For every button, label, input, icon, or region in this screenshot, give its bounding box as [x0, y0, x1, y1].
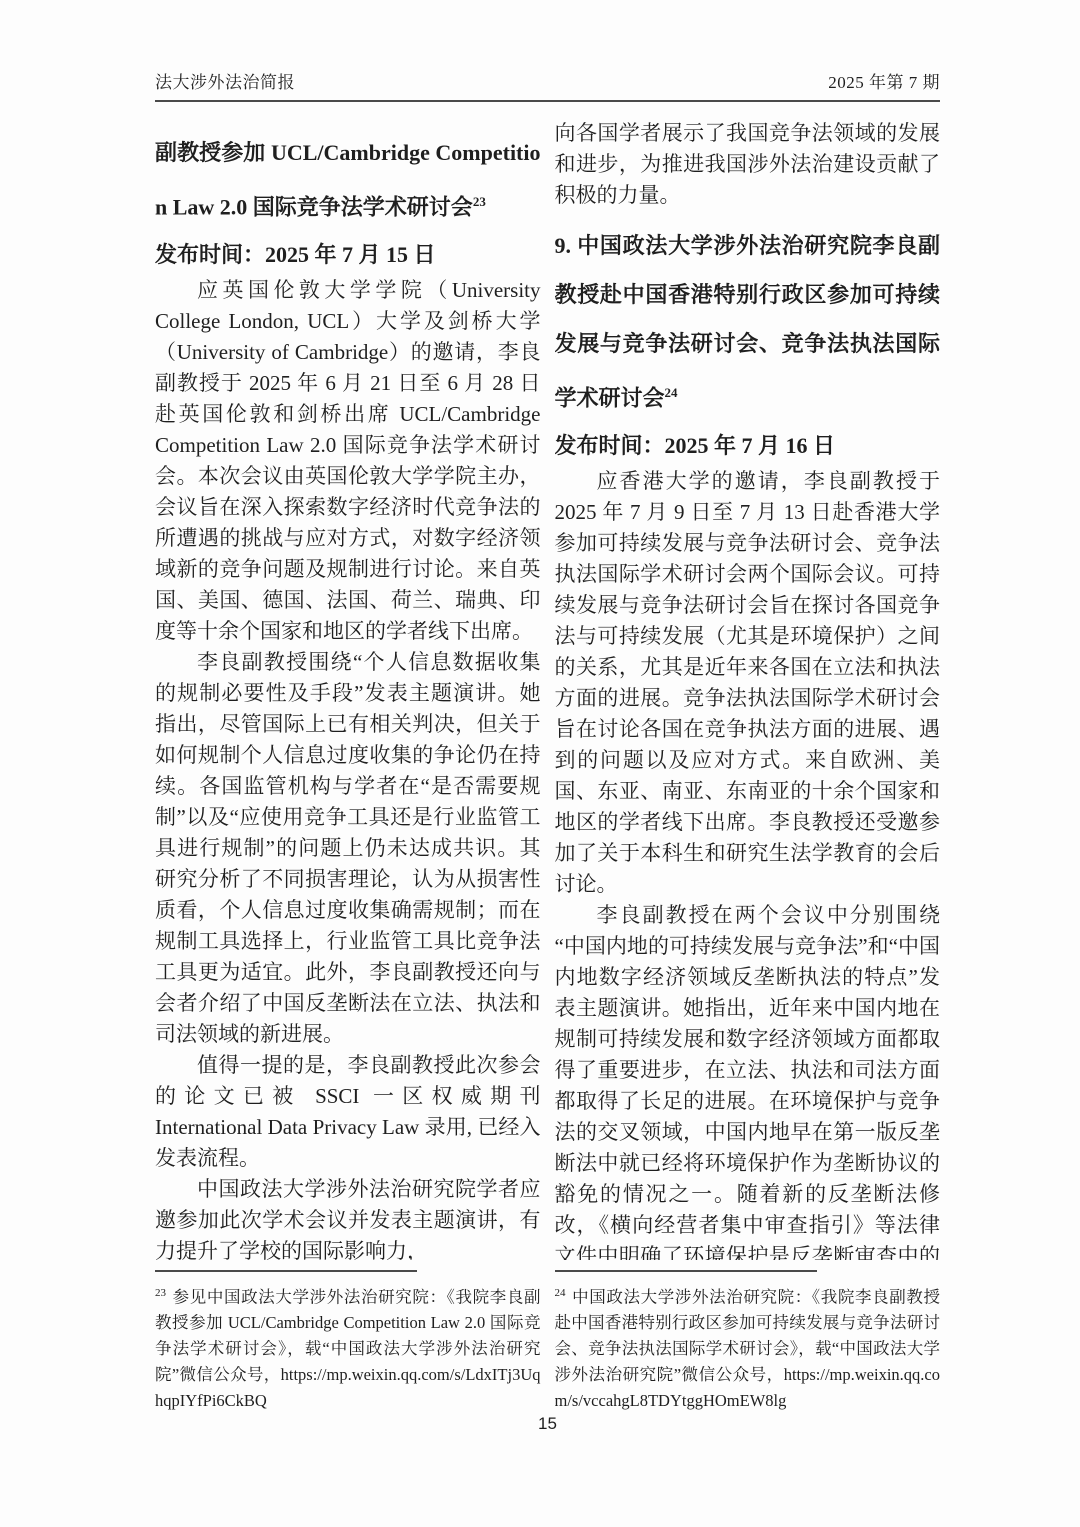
paragraph: 应香港大学的邀请，李良副教授于 2025 年 7 月 9 日至 7 月 13 日… — [555, 466, 941, 900]
footnote-ref-23: 23 — [473, 194, 486, 209]
document-page: 法大涉外法治简报 2025 年第 7 期 副教授参加 UCL/Cambridge… — [0, 0, 1080, 1527]
left-column: 副教授参加 UCL/Cambridge Competition Law 2.0 … — [155, 118, 541, 1414]
paragraph: 值得一提的是，李良副教授此次参会的论文已被 SSCI 一区权威期刊 Intern… — [155, 1050, 541, 1174]
article-title-text: 9. 中国政法大学涉外法治研究院李良副教授赴中国香港特别行政区参加可持续发展与竞… — [555, 233, 941, 410]
footnote-number: 24 — [555, 1287, 566, 1299]
footnote-text: 参见中国政法大学涉外法治研究院：《我院李良副教授参加 UCL/Cambridge… — [155, 1287, 541, 1410]
right-column: 向各国学者展示了我国竞争法领域的发展和进步，为推进我国涉外法治建设贡献了积极的力… — [555, 118, 941, 1414]
header-newsletter-title: 法大涉外法治简报 — [155, 68, 295, 93]
footnote-separator — [155, 1270, 417, 1272]
paragraph: 中国政法大学涉外法治研究院学者应邀参加此次学术会议并发表主题演讲，有力提升了学校… — [155, 1174, 541, 1267]
footnote-block-left: 23参见中国政法大学涉外法治研究院：《我院李良副教授参加 UCL/Cambrid… — [155, 1260, 541, 1415]
page-header: 法大涉外法治简报 2025 年第 7 期 — [155, 68, 940, 102]
footnote-24: 24中国政法大学涉外法治研究院：《我院李良副教授赴中国香港特别行政区参加可持续发… — [555, 1280, 941, 1415]
article-title-continued: 副教授参加 UCL/Cambridge Competition Law 2.0 … — [155, 128, 541, 231]
two-column-body: 副教授参加 UCL/Cambridge Competition Law 2.0 … — [155, 118, 940, 1414]
footnote-text: 中国政法大学涉外法治研究院：《我院李良副教授赴中国香港特别行政区参加可持续发展与… — [555, 1287, 941, 1410]
footnote-number: 23 — [155, 1287, 166, 1299]
article-title-9: 9. 中国政法大学涉外法治研究院李良副教授赴中国香港特别行政区参加可持续发展与竞… — [555, 221, 941, 422]
paragraph: 应英国伦敦大学学院（University College London, UCL… — [155, 275, 541, 647]
publish-date-right: 发布时间：2025 年 7 月 16 日 — [555, 426, 941, 466]
paragraph: 李良副教授在两个会议中分别围绕“中国内地的可持续发展与竞争法”和“中国内地数字经… — [555, 900, 941, 1303]
paragraph: 李良副教授围绕“个人信息数据收集的规制必要性及手段”发表主题演讲。她指出，尽管国… — [155, 647, 541, 1050]
page-number: 15 — [538, 1414, 557, 1433]
header-issue-number: 2025 年第 7 期 — [828, 68, 940, 93]
paragraph-continuation: 向各国学者展示了我国竞争法领域的发展和进步，为推进我国涉外法治建设贡献了积极的力… — [555, 118, 941, 211]
footnote-separator — [555, 1270, 817, 1272]
page-footer: 15 — [155, 1414, 940, 1434]
footnote-23: 23参见中国政法大学涉外法治研究院：《我院李良副教授参加 UCL/Cambrid… — [155, 1280, 541, 1415]
footnote-block-right: 24中国政法大学涉外法治研究院：《我院李良副教授赴中国香港特别行政区参加可持续发… — [555, 1260, 941, 1415]
footnote-ref-24: 24 — [665, 385, 678, 400]
publish-date-left: 发布时间：2025 年 7 月 15 日 — [155, 235, 541, 275]
